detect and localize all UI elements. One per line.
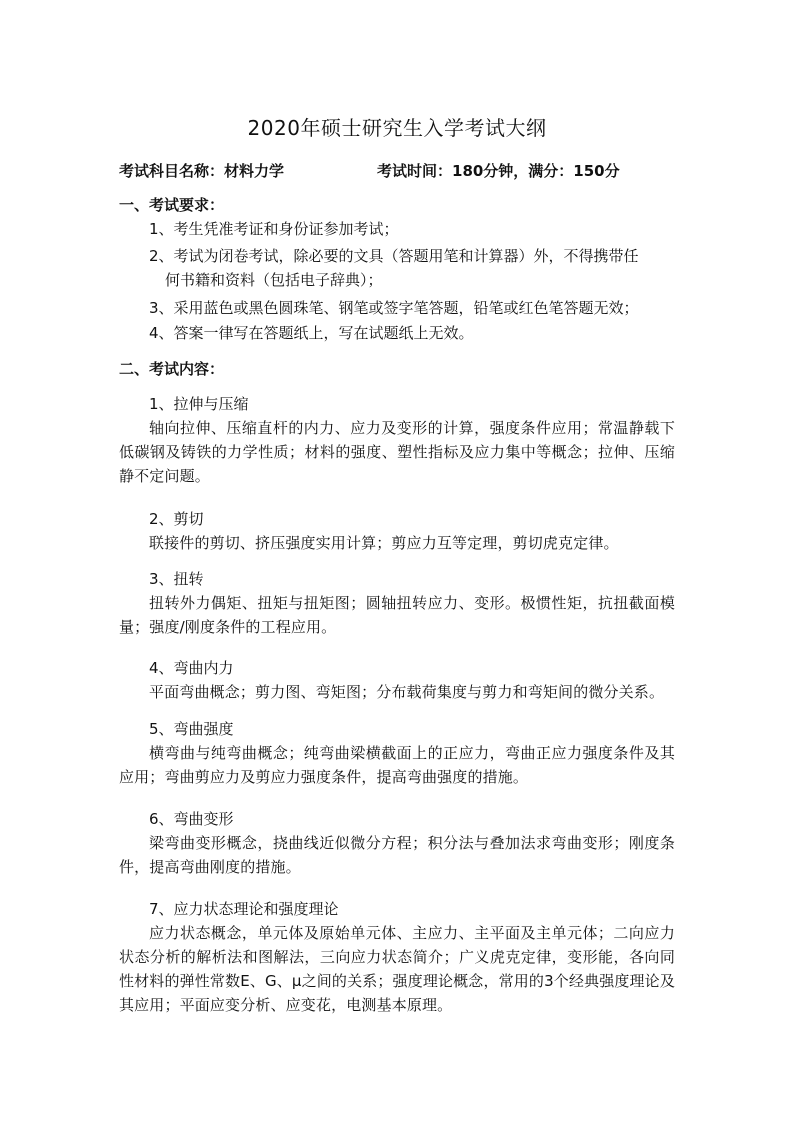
topic-title: 3、扭转 [119, 567, 675, 591]
subject-label: 考试科目名称：材料力学 [119, 162, 284, 180]
topic-stress-state-strength-theory: 7、应力状态理论和强度理论 应力状态概念，单元体及原始单元体、主应力、主平面及主… [119, 897, 675, 1017]
section-heading-requirements: 一、考试要求： [119, 193, 224, 217]
topic-title: 6、弯曲变形 [119, 807, 675, 831]
topic-title: 7、应力状态理论和强度理论 [119, 897, 675, 921]
topic-body: 联接件的剪切、挤压强度实用计算；剪应力互等定理，剪切虎克定律。 [119, 531, 675, 555]
requirement-text-continuation: 何书籍和资料（包括电子辞典）； [149, 268, 675, 292]
requirement-text: 采用蓝色或黑色圆珠笔、钢笔或签字笔答题，铅笔或红色笔答题无效； [174, 299, 639, 317]
requirement-number: 4、 [149, 324, 174, 342]
requirement-item: 1、考生凭准考证和身份证参加考试； [149, 217, 675, 241]
requirement-text: 答案一律写在答题纸上，写在试题纸上无效。 [174, 324, 474, 342]
topic-bending-internal-force: 4、弯曲内力 平面弯曲概念；剪力图、弯矩图；分布载荷集度与剪力和弯矩间的微分关系… [119, 656, 675, 704]
topic-title: 1、拉伸与压缩 [119, 392, 675, 416]
topic-body: 扭转外力偶矩、扭矩与扭矩图；圆轴扭转应力、变形。极惯性矩，抗扭截面模量；强度/刚… [119, 591, 675, 639]
requirement-number: 2、 [149, 247, 174, 265]
topic-shear: 2、剪切 联接件的剪切、挤压强度实用计算；剪应力互等定理，剪切虎克定律。 [119, 507, 675, 555]
topic-title: 5、弯曲强度 [119, 717, 675, 741]
requirement-number: 1、 [149, 220, 174, 238]
topic-torsion: 3、扭转 扭转外力偶矩、扭矩与扭矩图；圆轴扭转应力、变形。极惯性矩，抗扭截面模量… [119, 567, 675, 639]
exam-meta: 考试科目名称：材料力学 考试时间：180分钟，满分：150分 [119, 159, 675, 183]
requirement-item: 3、采用蓝色或黑色圆珠笔、钢笔或签字笔答题，铅笔或红色笔答题无效； [149, 296, 675, 320]
topic-title: 4、弯曲内力 [119, 656, 675, 680]
exam-time-label: 考试时间：180分钟，满分：150分 [377, 159, 620, 183]
topic-bending-strength: 5、弯曲强度 横弯曲与纯弯曲概念；纯弯曲梁横截面上的正应力，弯曲正应力强度条件及… [119, 717, 675, 789]
topic-body: 轴向拉伸、压缩直杆的内力、应力及变形的计算，强度条件应用；常温静载下低碳钢及铸铁… [119, 416, 675, 488]
requirement-item: 4、答案一律写在答题纸上，写在试题纸上无效。 [149, 321, 675, 345]
requirement-number: 3、 [149, 299, 174, 317]
topic-tension-compression: 1、拉伸与压缩 轴向拉伸、压缩直杆的内力、应力及变形的计算，强度条件应用；常温静… [119, 392, 675, 488]
topic-title: 2、剪切 [119, 507, 675, 531]
section-heading-content: 二、考试内容： [119, 357, 224, 381]
requirement-item: 2、考试为闭卷考试，除必要的文具（答题用笔和计算器）外，不得携带任 何书籍和资料… [149, 244, 675, 292]
requirement-text: 考试为闭卷考试，除必要的文具（答题用笔和计算器）外，不得携带任 [174, 247, 639, 265]
topic-body: 横弯曲与纯弯曲概念；纯弯曲梁横截面上的正应力，弯曲正应力强度条件及其应用；弯曲剪… [119, 741, 675, 789]
topic-body: 平面弯曲概念；剪力图、弯矩图；分布载荷集度与剪力和弯矩间的微分关系。 [119, 680, 675, 704]
topic-bending-deformation: 6、弯曲变形 梁弯曲变形概念，挠曲线近似微分方程；积分法与叠加法求弯曲变形；刚度… [119, 807, 675, 879]
requirement-text: 考生凭准考证和身份证参加考试； [174, 220, 399, 238]
topic-body: 梁弯曲变形概念，挠曲线近似微分方程；积分法与叠加法求弯曲变形；刚度条件，提高弯曲… [119, 831, 675, 879]
topic-body: 应力状态概念，单元体及原始单元体、主应力、主平面及主单元体；二向应力状态分析的解… [119, 921, 675, 1017]
document-title: 2020年硕士研究生入学考试大纲 [119, 114, 675, 142]
